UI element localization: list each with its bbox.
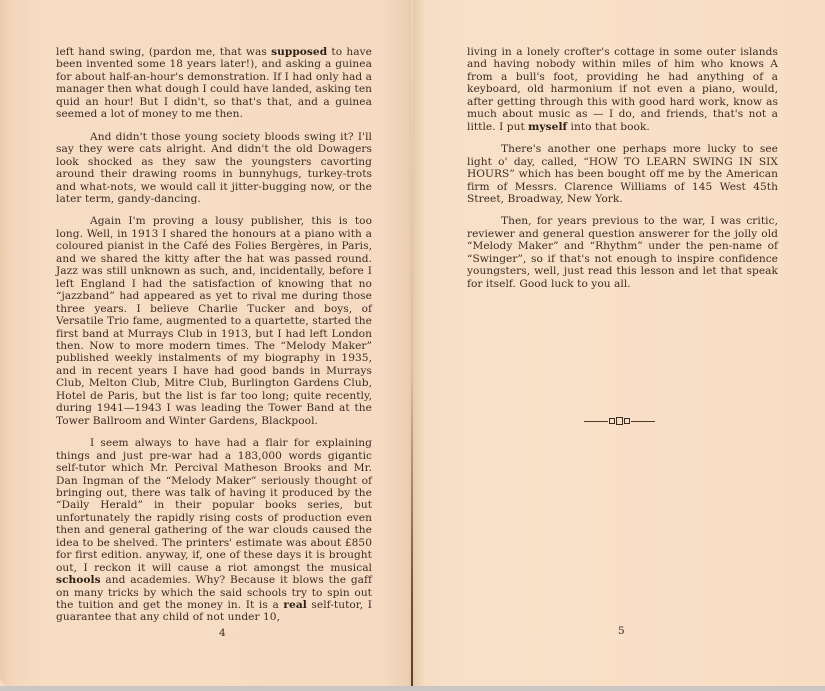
ornament-box-middle (616, 417, 623, 425)
paragraph: And didn't those young society bloods sw… (56, 131, 372, 206)
page-number-left: 4 (219, 627, 226, 639)
emphasized-text: schools (56, 574, 101, 586)
booklet-spread: left hand swing, (pardon me, that was su… (0, 0, 825, 686)
left-page-text: left hand swing, (pardon me, that was su… (56, 46, 372, 624)
text-run: Again I'm proving a lousy publisher, thi… (56, 215, 372, 426)
ornament-box (624, 418, 630, 424)
paragraph: There's another one perhaps more lucky t… (467, 143, 778, 205)
page-number-right: 5 (618, 625, 625, 637)
right-page-text: living in a lonely crofter's cottage in … (467, 46, 778, 290)
ornament-rule-right (631, 421, 655, 422)
ornament-rule-left (584, 421, 608, 422)
paragraph: Again I'm proving a lousy publisher, thi… (56, 215, 372, 427)
emphasized-text: supposed (271, 46, 327, 58)
text-run: I seem always to have had a flair for ex… (56, 437, 372, 574)
text-run: There's another one perhaps more lucky t… (467, 143, 778, 205)
right-page: living in a lonely crofter's cottage in … (412, 0, 825, 686)
paragraph: Then, for years previous to the war, I w… (467, 215, 778, 290)
paragraph: I seem always to have had a flair for ex… (56, 437, 372, 624)
text-run: Then, for years previous to the war, I w… (467, 215, 778, 289)
left-page: left hand swing, (pardon me, that was su… (0, 0, 412, 686)
book-gutter (411, 0, 413, 686)
paragraph: left hand swing, (pardon me, that was su… (56, 46, 372, 121)
text-run: And didn't those young society bloods sw… (56, 131, 372, 205)
emphasized-text: myself (528, 121, 567, 133)
section-break-ornament-icon (584, 417, 655, 425)
text-run: into that book. (567, 121, 650, 133)
ornament-box (609, 418, 615, 424)
scan-background-edge (0, 686, 825, 691)
emphasized-text: real (283, 599, 306, 611)
paragraph: living in a lonely crofter's cottage in … (467, 46, 778, 133)
text-run: living in a lonely crofter's cottage in … (467, 46, 778, 133)
text-run: left hand swing, (pardon me, that was (56, 46, 271, 58)
